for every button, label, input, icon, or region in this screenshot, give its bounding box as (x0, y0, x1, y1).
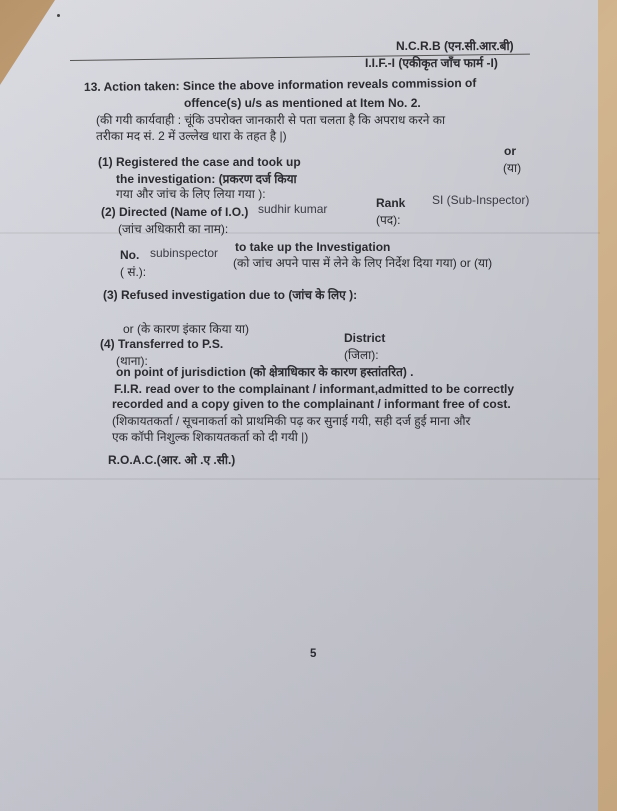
item-1-or-hindi: (या) (503, 159, 521, 176)
no-label: No. (120, 248, 139, 262)
header-org: N.C.R.B (एन.सी.आर.बी) (396, 37, 514, 54)
io-name-value: sudhir kumar (258, 202, 327, 216)
item-2-label-hindi: (जांच अधिकारी का नाम): (118, 220, 228, 237)
item-1-label-hindi: गया और जांच के लिए लिया गया ): (116, 185, 266, 202)
fir-statement-hindi1: (शिकायतकर्ता / सूचनाकर्ता को प्राथमिकी प… (112, 412, 470, 429)
district-label: District (344, 331, 385, 345)
section-13-title-cont: offence(s) u/s as mentioned at Item No. … (184, 96, 421, 110)
rank-label: Rank (376, 196, 405, 210)
header-form: I.I.F.-I (एकीकृत जाँच फार्म -I) (365, 54, 498, 71)
section-13-hindi: (की गयी कार्यवाही : चूंकि उपरोक्त जानकार… (96, 111, 445, 128)
rank-value: SI (Sub-Inspector) (432, 193, 529, 207)
jurisdiction-text: on point of jurisdiction (को क्षेत्राधिक… (116, 363, 414, 380)
item-1-label: (1) Registered the case and took up (98, 155, 301, 169)
item-3-label: (3) Refused investigation due to (जांच क… (103, 286, 357, 303)
item-2-label: (2) Directed (Name of I.O.) (101, 205, 248, 219)
fir-statement-line2: recorded and a copy given to the complai… (112, 397, 511, 411)
item-1-or: or (504, 144, 516, 158)
no-label-hindi: ( सं.): (120, 263, 146, 280)
item-4-label: (4) Transferred to P.S. (100, 337, 223, 351)
fir-statement-line1: F.I.R. read over to the complainant / in… (114, 382, 514, 396)
paper-fold (0, 478, 600, 480)
fir-statement-hindi2: एक कॉपी निशुल्क शिकायतकर्ता को दी गयी |) (112, 428, 308, 445)
item-3-or: or (के कारण इंकार किया या) (123, 320, 249, 337)
paper-fold (0, 232, 600, 234)
take-up-label-hindi: (को जांच अपने पास में लेने के लिए निर्दे… (233, 254, 492, 271)
take-up-label: to take up the Investigation (235, 240, 390, 254)
paper-speck (57, 14, 60, 17)
roac-label: R.O.A.C.(आर. ओ .ए .सी.) (108, 451, 235, 468)
section-13-hindi-cont: तरीका मद सं. 2 में उल्लेख धारा के तहत है… (96, 127, 287, 144)
district-label-hindi: (जिला): (344, 346, 379, 363)
no-value: subinspector (150, 246, 218, 260)
rank-label-hindi: (पद): (376, 211, 401, 228)
page-number: 5 (310, 648, 316, 660)
